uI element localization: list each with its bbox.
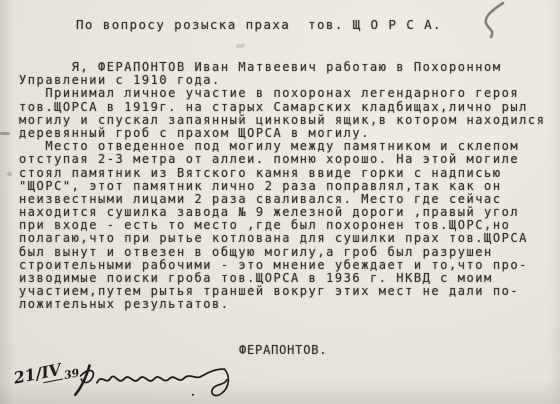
text-line: "ЩОРС", этот памятник лично 2 раза попра…: [19, 180, 558, 193]
text-line: ложительных результатов.: [19, 298, 558, 311]
text-line: тов.ЩОРСА в 1919г. на старых Самарских к…: [19, 101, 558, 114]
document-body: Я, ФЕРАПОНТОВ Иван Матвеевич работаю в П…: [19, 61, 558, 312]
typed-signature: ФЕРАПОНТОВ.: [239, 343, 327, 357]
text-line: могилу и спускал запаянный цинковый ящик…: [19, 114, 558, 127]
text-line: Принимал личное участие в похоронах леге…: [19, 87, 558, 100]
pencil-checkmark-icon: [472, 0, 518, 54]
document-title: По вопросу розыска праха тов. Щ О Р С А.: [76, 17, 442, 32]
handwritten-signature-icon: [64, 355, 244, 404]
text-line: стоял памятник из Вятского камня ввиде г…: [19, 167, 558, 180]
document-page: По вопросу розыска праха тов. Щ О Р С А.…: [0, 0, 560, 404]
handwritten-date-day: 21/: [12, 364, 43, 388]
text-line: отступая 2-3 метра от аллеи. помню хорош…: [19, 153, 558, 166]
scan-smudge: [236, 43, 246, 49]
handwritten-date-month: IV: [40, 360, 63, 383]
text-line: полагаю,что при рытье котлована для суши…: [19, 232, 558, 245]
scan-smudge: [6, 171, 12, 177]
scan-smudge: [0, 132, 10, 135]
text-line: был вынут и отвезен в общую могилу,а гро…: [19, 246, 558, 259]
